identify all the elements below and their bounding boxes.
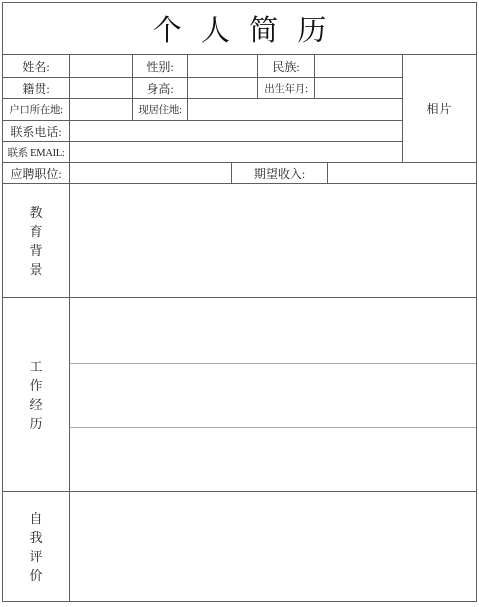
current-residence-value-cell[interactable]	[188, 99, 403, 121]
birth-date-value-cell[interactable]	[315, 78, 403, 99]
ethnicity-label: 民族:	[258, 55, 315, 78]
phone-label: 联系电话:	[3, 121, 70, 142]
name-value-cell[interactable]	[70, 55, 133, 78]
current-residence-label: 现居住地:	[133, 99, 188, 121]
gender-label: 性别:	[133, 55, 188, 78]
household-location-label: 户口所在地:	[3, 99, 70, 121]
height-label: 身高:	[133, 78, 188, 99]
photo-placeholder[interactable]: 相片	[403, 55, 476, 163]
resume-sheet: 个 人 简 历 姓名: 性别: 民族: 相片 籍贯: 身高: 出生年月: 户口所…	[0, 0, 479, 607]
expected-salary-value-cell[interactable]	[328, 163, 476, 184]
native-place-value-cell[interactable]	[70, 78, 133, 99]
work-section-label-cell: 工作经历	[3, 298, 70, 492]
page-title: 个 人 简 历	[3, 3, 476, 55]
position-value-cell[interactable]	[70, 163, 232, 184]
self-evaluation-content-cell[interactable]	[70, 492, 476, 601]
ethnicity-value-cell[interactable]	[315, 55, 403, 78]
native-place-label: 籍贯:	[3, 78, 70, 99]
work-row-2[interactable]	[70, 364, 476, 428]
phone-value-cell[interactable]	[70, 121, 403, 142]
height-value-cell[interactable]	[188, 78, 258, 99]
birth-date-label: 出生年月:	[258, 78, 315, 99]
resume-table: 个 人 简 历 姓名: 性别: 民族: 相片 籍贯: 身高: 出生年月: 户口所…	[2, 2, 477, 602]
position-label: 应聘职位:	[3, 163, 70, 184]
expected-salary-label: 期望收入:	[232, 163, 328, 184]
household-location-value-cell[interactable]	[70, 99, 133, 121]
education-section-label-cell: 教育背景	[3, 184, 70, 298]
name-label: 姓名:	[3, 55, 70, 78]
education-content-cell[interactable]	[70, 184, 476, 298]
work-row-3[interactable]	[70, 428, 476, 492]
work-row-1[interactable]	[70, 298, 476, 364]
education-section-label: 教育背景	[29, 203, 44, 279]
self-evaluation-label-cell: 自我评价	[3, 492, 70, 601]
email-value-cell[interactable]	[70, 142, 403, 163]
work-section-label: 工作经历	[29, 357, 44, 433]
photo-label: 相片	[426, 100, 452, 117]
self-evaluation-label: 自我评价	[29, 509, 44, 585]
gender-value-cell[interactable]	[188, 55, 258, 78]
email-label: 联系 EMAIL:	[3, 142, 70, 163]
